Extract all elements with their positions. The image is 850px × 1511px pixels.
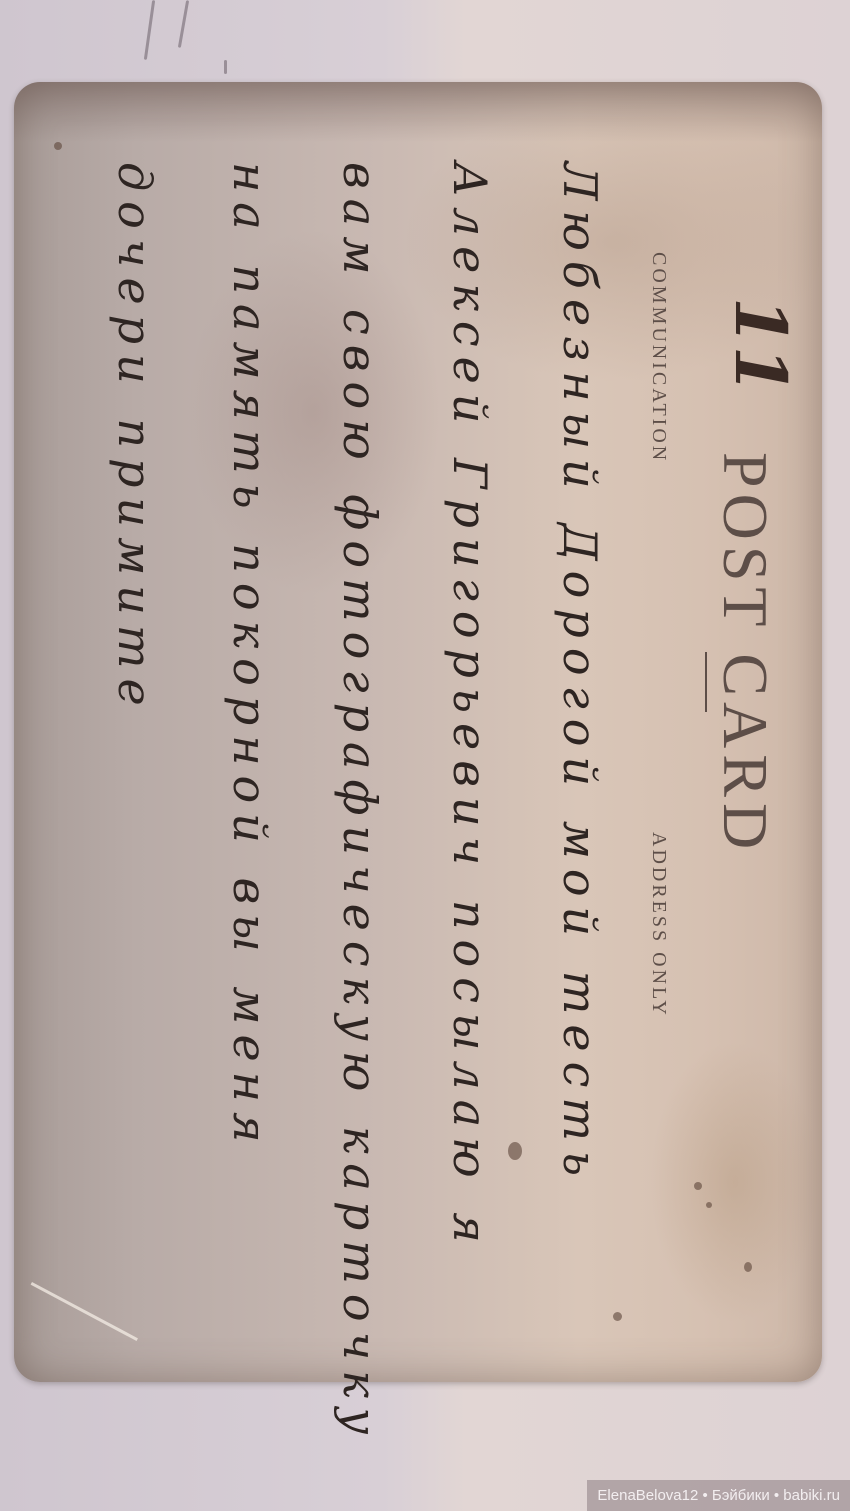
background-scratch	[178, 0, 189, 48]
handwriting-line: вам свою фотографическую карточку	[333, 162, 387, 1444]
handwriting-line: дочери примите	[108, 162, 162, 716]
handwriting-line: Алексей Григорьевич посылаю я	[443, 162, 497, 1253]
postcard-content: 11 POST CARD COMMUNICATION ADDRESS ONLY …	[14, 82, 822, 1382]
handwriting-line: Любезный Дорогой мой тесть	[553, 162, 607, 1186]
stain-spot	[54, 142, 62, 150]
handwriting-line: на память покорной вы меня	[223, 162, 277, 1152]
communication-label: COMMUNICATION	[647, 252, 670, 463]
stain-spot	[694, 1182, 702, 1190]
background-scratch	[224, 60, 227, 74]
number-mark: 11	[719, 297, 802, 394]
watermark: ElenaBelova12 • Бэйбики • babiki.ru	[587, 1480, 850, 1511]
stain-spot	[508, 1142, 522, 1160]
stain-spot	[744, 1262, 752, 1272]
postcard-title: POST CARD	[708, 452, 782, 855]
stain-spot	[613, 1312, 622, 1321]
title-separator	[705, 652, 707, 712]
address-only-label: ADDRESS ONLY	[647, 832, 670, 1018]
stain-spot	[706, 1202, 712, 1208]
crease	[31, 1282, 138, 1341]
background-scratch	[144, 0, 155, 60]
postcard: 11 POST CARD COMMUNICATION ADDRESS ONLY …	[14, 82, 822, 1382]
